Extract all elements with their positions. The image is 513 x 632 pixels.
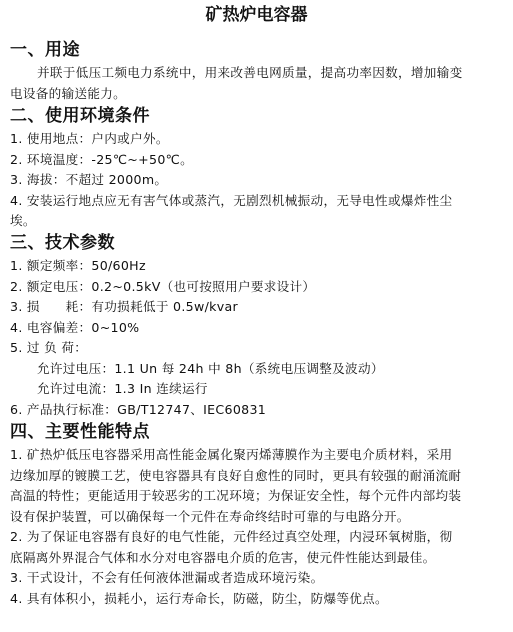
spec-subitem: 允许过电流：1.3 In 连续运行: [10, 379, 505, 400]
list-item: 4. 安装运行地点应无有害气体或蒸汽，无剧烈机械振动，无导电性或爆炸性尘: [10, 191, 505, 212]
list-item: 2. 环境温度：-25℃~+50℃。: [10, 150, 505, 171]
section-heading-features: 四、主要性能特点: [10, 421, 150, 443]
section-body-environment: 1. 使用地点：户内或户外。 2. 环境温度：-25℃~+50℃。 3. 海拔：…: [10, 129, 505, 232]
spec-item: 5. 过 负 荷：: [10, 338, 505, 359]
section-heading-environment: 二、使用环境条件: [10, 105, 150, 127]
list-item: 3. 海拔：不超过 2000m。: [10, 170, 505, 191]
feature-line: 1. 矿热炉低压电容器采用高性能金属化聚丙烯薄膜作为主要电介质材料，采用: [10, 445, 505, 466]
list-item: 1. 使用地点：户内或户外。: [10, 129, 505, 150]
spec-item: 4. 电容偏差：0~10%: [10, 318, 505, 339]
feature-line: 2. 为了保证电容器有良好的电气性能，元件经过真空处理，内浸环氧树脂，彻: [10, 527, 505, 548]
feature-line: 4. 具有体积小，损耗小，运行寿命长，防磁，防尘，防爆等优点。: [10, 589, 505, 610]
feature-line: 底隔离外界混合气体和水分对电容器电介质的危害，使元件性能达到最佳。: [10, 548, 505, 569]
section-heading-specs: 三、技术参数: [10, 232, 115, 254]
paragraph-line: 电设备的输送能力。: [10, 84, 505, 105]
spec-subitem: 允许过电压：1.1 Un 每 24h 中 8h（系统电压调整及波动）: [10, 359, 505, 380]
section-body-usage: 并联于低压工频电力系统中，用来改善电网质量，提高功率因数，增加输变 电设备的输送…: [10, 63, 505, 104]
feature-line: 设有保护装置，可以确保每一个元件在寿命终结时可靠的与电路分开。: [10, 507, 505, 528]
section-body-specs: 1. 额定频率：50/60Hz 2. 额定电压：0.2~0.5kV（也可按照用户…: [10, 256, 505, 420]
spec-item: 3. 损 耗：有功损耗低于 0.5w/kvar: [10, 297, 505, 318]
spec-item: 1. 额定频率：50/60Hz: [10, 256, 505, 277]
spec-item: 6. 产品执行标准：GB/T12747、IEC60831: [10, 400, 505, 421]
paragraph-line: 并联于低压工频电力系统中，用来改善电网质量，提高功率因数，增加输变: [10, 63, 505, 84]
list-item-continuation: 埃。: [10, 211, 505, 232]
document-title: 矿热炉电容器: [0, 4, 513, 26]
document-page: 矿热炉电容器 一、用途 并联于低压工频电力系统中，用来改善电网质量，提高功率因数…: [0, 0, 513, 632]
section-body-features: 1. 矿热炉低压电容器采用高性能金属化聚丙烯薄膜作为主要电介质材料，采用 边缘加…: [10, 445, 505, 609]
feature-line: 高温的特性；更能适用于较恶劣的工况环境；为保证安全性，每个元件内部均装: [10, 486, 505, 507]
feature-line: 边缘加厚的镀膜工艺，使电容器具有良好自愈性的同时，更具有较强的耐涌流耐: [10, 466, 505, 487]
spec-item: 2. 额定电压：0.2~0.5kV（也可按照用户要求设计）: [10, 277, 505, 298]
feature-line: 3. 干式设计，不会有任何液体泄漏或者造成环境污染。: [10, 568, 505, 589]
section-heading-usage: 一、用途: [10, 39, 80, 61]
